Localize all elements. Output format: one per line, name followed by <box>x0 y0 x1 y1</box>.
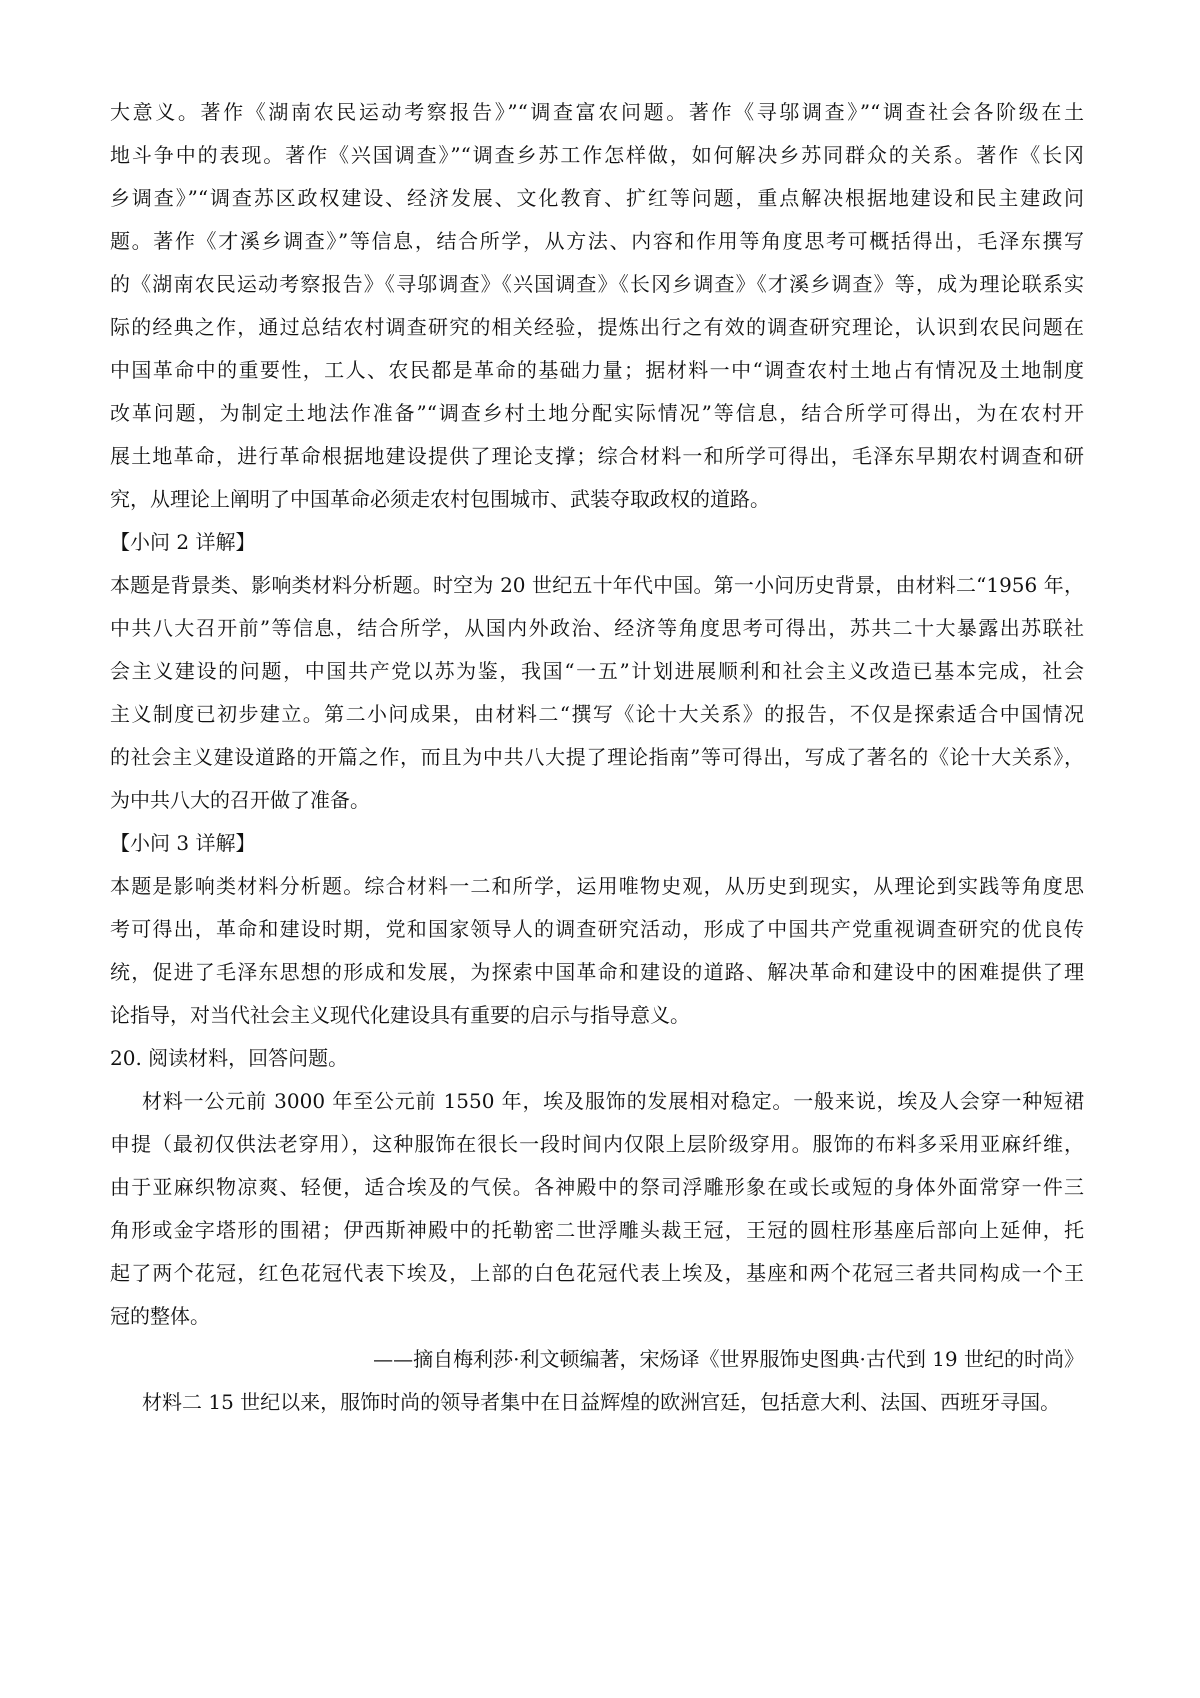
text-line: 为中共八大的召开做了准备。 <box>110 779 1084 822</box>
document-page: 大意义。著作《湖南农民运动考察报告》”“调查富农问题。著作《寻邬调查》”“调查社… <box>110 91 1084 1424</box>
text-line: 改革问题，为制定土地法作准备”“调查乡村土地分配实际情况”等信息，结合所学可得出… <box>110 392 1084 435</box>
text-line: 本题是背景类、影响类材料分析题。时空为 20 世纪五十年代中国。第一小问历史背景… <box>110 564 1084 607</box>
text-line: 材料二 15 世纪以来，服饰时尚的领导者集中在日益辉煌的欧洲宫廷，包括意大利、法… <box>110 1381 1084 1424</box>
text-line: 会主义建设的问题，中国共产党以苏为鉴，我国“一五”计划进展顺利和社会主义改造已基… <box>110 650 1084 693</box>
text-line: 申提（最初仅供法老穿用），这种服饰在很长一段时间内仅限上层阶级穿用。服饰的布料多… <box>110 1123 1084 1166</box>
sub2-heading: 【小问 2 详解】 <box>110 521 1084 564</box>
text-line: 中国革命中的重要性，工人、农民都是革命的基础力量；据材料一中“调查农村土地占有情… <box>110 349 1084 392</box>
text-line: 大意义。著作《湖南农民运动考察报告》”“调查富农问题。著作《寻邬调查》”“调查社… <box>110 91 1084 134</box>
material-1: 材料一公元前 3000 年至公元前 1550 年，埃及服饰的发展相对稳定。一般来… <box>110 1080 1084 1381</box>
text-line: 的社会主义建设道路的开篇之作，而且为中共八大提了理论指南”等可得出，写成了著名的… <box>110 736 1084 779</box>
material-2: 材料二 15 世纪以来，服饰时尚的领导者集中在日益辉煌的欧洲宫廷，包括意大利、法… <box>110 1381 1084 1424</box>
text-line: 地斗争中的表现。著作《兴国调查》”“调查乡苏工作怎样做，如何解决乡苏同群众的关系… <box>110 134 1084 177</box>
text-line: 论指导，对当代社会主义现代化建设具有重要的启示与指导意义。 <box>110 994 1084 1037</box>
text-line: 主义制度已初步建立。第二小问成果，由材料二“撰写《论十大关系》的报告，不仅是探索… <box>110 693 1084 736</box>
sub3-heading: 【小问 3 详解】 <box>110 822 1084 865</box>
sub1-answer-continued: 大意义。著作《湖南农民运动考察报告》”“调查富农问题。著作《寻邬调查》”“调查社… <box>110 91 1084 521</box>
sub2-answer: 本题是背景类、影响类材料分析题。时空为 20 世纪五十年代中国。第一小问历史背景… <box>110 564 1084 822</box>
material-1-source: ——摘自梅利莎·利文顿编著，宋炀译《世界服饰史图典·古代到 19 世纪的时尚》 <box>110 1338 1084 1381</box>
text-line: 展土地革命，进行革命根据地建设提供了理论支撑；综合材料一和所学可得出，毛泽东早期… <box>110 435 1084 478</box>
text-line: 本题是影响类材料分析题。综合材料一二和所学，运用唯物史观，从历史到现实，从理论到… <box>110 865 1084 908</box>
text-line: 材料一公元前 3000 年至公元前 1550 年，埃及服饰的发展相对稳定。一般来… <box>110 1080 1084 1123</box>
sub3-answer: 本题是影响类材料分析题。综合材料一二和所学，运用唯物史观，从历史到现实，从理论到… <box>110 865 1084 1037</box>
text-line: 由于亚麻织物凉爽、轻便，适合埃及的气侯。各神殿中的祭司浮雕形象在或长或短的身体外… <box>110 1166 1084 1209</box>
text-line: 角形或金字塔形的围裙；伊西斯神殿中的托勒密二世浮雕头裁王冠，王冠的圆柱形基座后部… <box>110 1209 1084 1252</box>
question-20-title: 20. 阅读材料，回答问题。 <box>110 1037 1084 1080</box>
text-line: 的《湖南农民运动考察报告》《寻邬调查》《兴国调查》《长冈乡调查》《才溪乡调查》等… <box>110 263 1084 306</box>
text-line: 冠的整体。 <box>110 1295 1084 1338</box>
text-line: 题。著作《才溪乡调查》”等信息，结合所学，从方法、内容和作用等角度思考可概括得出… <box>110 220 1084 263</box>
text-line: 起了两个花冠，红色花冠代表下埃及，上部的白色花冠代表上埃及，基座和两个花冠三者共… <box>110 1252 1084 1295</box>
text-line: 考可得出，革命和建设时期，党和国家领导人的调查研究活动，形成了中国共产党重视调查… <box>110 908 1084 951</box>
text-line: 乡调查》”“调查苏区政权建设、经济发展、文化教育、扩红等问题，重点解决根据地建设… <box>110 177 1084 220</box>
text-line: 中共八大召开前”等信息，结合所学，从国内外政治、经济等角度思考可得出，苏共二十大… <box>110 607 1084 650</box>
text-line: 统，促进了毛泽东思想的形成和发展，为探索中国革命和建设的道路、解决革命和建设中的… <box>110 951 1084 994</box>
text-line: 际的经典之作，通过总结农村调查研究的相关经验，提炼出行之有效的调查研究理论，认识… <box>110 306 1084 349</box>
text-line: 究，从理论上阐明了中国革命必须走农村包围城市、武装夺取政权的道路。 <box>110 478 1084 521</box>
